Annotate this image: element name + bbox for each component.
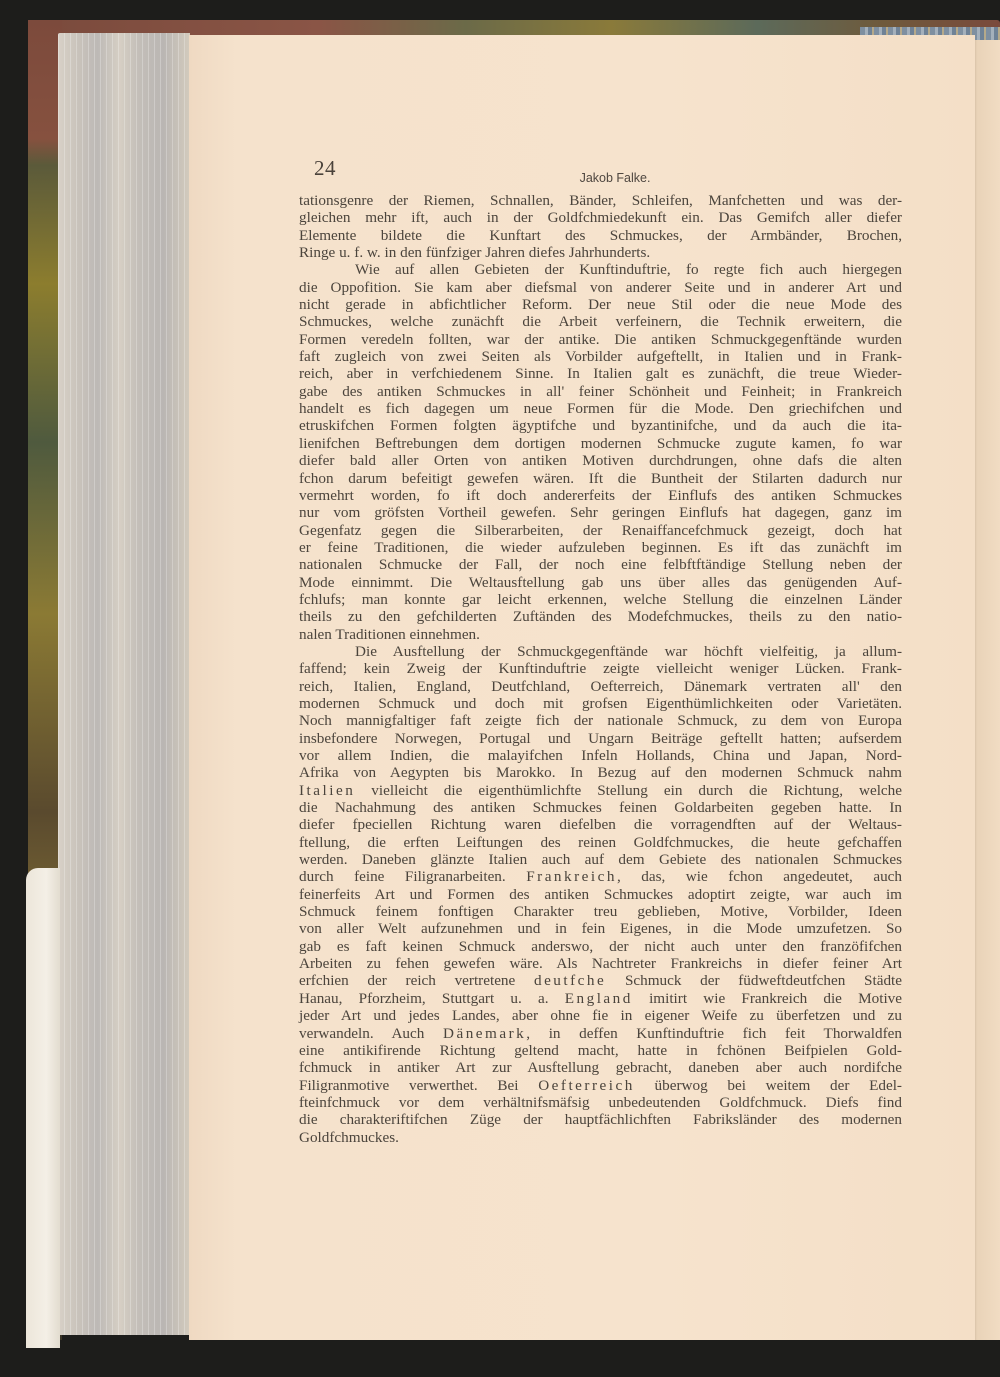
- facing-page-edge: [975, 40, 1000, 1340]
- text-line: Schmuck feinem fonftigen Charakter treu …: [299, 903, 902, 920]
- text-line: nalen Traditionen einnehmen.: [299, 626, 902, 643]
- body-text: tationsgenre der Riemen, Schnallen, Bänd…: [299, 192, 902, 1146]
- text-line: Noch mannigfaltiger faft zeigte fich der…: [299, 712, 902, 729]
- text-line: Filigranmotive verwerthet. Bei Oefterrei…: [299, 1077, 902, 1094]
- text-line: Wie auf allen Gebieten der Kunftinduftri…: [299, 261, 902, 278]
- text-line: insbefondere Norwegen, Portugal und Unga…: [299, 730, 902, 747]
- text-line: nicht gerade in abfichtlicher Reform. De…: [299, 296, 902, 313]
- text-line: vermehrt worden, fo ift doch andererfeit…: [299, 487, 902, 504]
- text-line: modernen Schmuck und doch mit grofsen Ei…: [299, 695, 902, 712]
- paragraph: Wie auf allen Gebieten der Kunftinduftri…: [299, 261, 902, 643]
- paper-bookmark-slip: [26, 868, 60, 1348]
- text-line: fchmuck in antiker Art zur Ausftellung g…: [299, 1059, 902, 1076]
- text-line: werden. Daneben glänzte Italien auch auf…: [299, 851, 902, 868]
- page-number: 24: [314, 156, 336, 181]
- text-line: von aller Welt aufzunehmen und in fein E…: [299, 920, 902, 937]
- text-line: fchon darum befeitigt gewefen wären. Ift…: [299, 470, 902, 487]
- text-line: verwandeln. Auch Dänemark, in deffen Kun…: [299, 1025, 902, 1042]
- emphasized-term: Frankreich: [526, 868, 617, 885]
- text-line: Formen veredeln follten, war der antike.…: [299, 331, 902, 348]
- text-line: Die Ausftellung der Schmuckgegenftände w…: [299, 643, 902, 660]
- text-line: Goldfchmuckes.: [299, 1129, 902, 1146]
- text-line: gabe des antiken Schmuckes in all' feine…: [299, 383, 902, 400]
- paragraph: Die Ausftellung der Schmuckgegenftände w…: [299, 643, 902, 1146]
- text-line: faft zugleich von zwei Seiten als Vorbil…: [299, 348, 902, 365]
- text-line: Arbeiten zu fehen gewefen wäre. Als Nach…: [299, 955, 902, 972]
- text-line: nationalen Schmucke der Fall, der noch e…: [299, 556, 902, 573]
- text-line: Ringe u. f. w. in den fünfziger Jahren d…: [299, 244, 902, 261]
- text-line: Elemente bildete die Kunftart des Schmuc…: [299, 227, 902, 244]
- page-block-fore-edge: [58, 33, 190, 1335]
- text-line: Afrika von Aegypten bis Marokko. In Bezu…: [299, 764, 902, 781]
- text-line: Gegenfatz gegen die Silberarbeiten, der …: [299, 522, 902, 539]
- text-line: die Oppofition. Sie kam aber diefsmal vo…: [299, 279, 902, 296]
- text-line: diefer bald aller Orten von antiken Moti…: [299, 452, 902, 469]
- text-line: fchlufs; man konnte gar leicht erkennen,…: [299, 591, 902, 608]
- emphasized-term: Oefterreich: [538, 1077, 635, 1094]
- text-line: durch feine Filigranarbeiten. Frankreich…: [299, 868, 902, 885]
- text-line: er feine Traditionen, die wieder aufzule…: [299, 539, 902, 556]
- text-line: erfchien der reich vertretene deutfche S…: [299, 972, 902, 989]
- text-line: reich, aber in verfchiedenem Sinne. In I…: [299, 365, 902, 382]
- text-line: gleichen mehr ift, auch in der Goldfchmi…: [299, 209, 902, 226]
- text-line: diefer fpeciellen Richtung waren diefelb…: [299, 816, 902, 833]
- text-line: fteinfchmuck vor dem verhältnifsmäfsig u…: [299, 1094, 902, 1111]
- text-line: Hanau, Pforzheim, Stuttgart u. a. Englan…: [299, 990, 902, 1007]
- text-line: nur vom gröfsten Vortheil gewefen. Sehr …: [299, 504, 902, 521]
- emphasized-term: deutfche: [534, 972, 606, 989]
- emphasized-term: Italien: [299, 782, 355, 799]
- text-line: reich, Italien, England, Deutfchland, Oe…: [299, 678, 902, 695]
- emphasized-term: England: [565, 990, 633, 1007]
- text-line: feinerfeits Art und Formen des antiken S…: [299, 886, 902, 903]
- text-line: ftellung, die erften Leiftungen des rein…: [299, 834, 902, 851]
- text-line: Mode einnimmt. Die Weltausftellung gab u…: [299, 574, 902, 591]
- text-line: vor allem Indien, die malayifchen Infeln…: [299, 747, 902, 764]
- text-line: die Nachahmung des antiken Schmuckes fei…: [299, 799, 902, 816]
- text-line: eine antikifirende Richtung geltend mach…: [299, 1042, 902, 1059]
- text-line: etruskifchen Formen folgten ägyptifche u…: [299, 417, 902, 434]
- text-line: lienifchen Beftrebungen dem dortigen mod…: [299, 435, 902, 452]
- text-line: faffend; kein Zweig der Kunftinduftrie z…: [299, 660, 902, 677]
- text-line: handelt es fich dagegen um neue Formen f…: [299, 400, 902, 417]
- text-line: theils zu den gefchilderten Zuftänden de…: [299, 608, 902, 625]
- text-line: gab es faft keinen Schmuck anderswo, der…: [299, 938, 902, 955]
- text-line: die charakteriftifchen Züge der hauptfäc…: [299, 1111, 902, 1128]
- paragraph: tationsgenre der Riemen, Schnallen, Bänd…: [299, 192, 902, 261]
- text-line: jeder Art und jedes Landes, aber ohne fi…: [299, 1007, 902, 1024]
- running-head: Jakob Falke.: [560, 171, 670, 185]
- emphasized-term: Dänemark: [443, 1025, 526, 1042]
- text-line: Italien vielleicht die eigenthümlichfte …: [299, 782, 902, 799]
- text-line: Schmuckes, welche zunächft die Arbeit ve…: [299, 313, 902, 330]
- text-line: tationsgenre der Riemen, Schnallen, Bänd…: [299, 192, 902, 209]
